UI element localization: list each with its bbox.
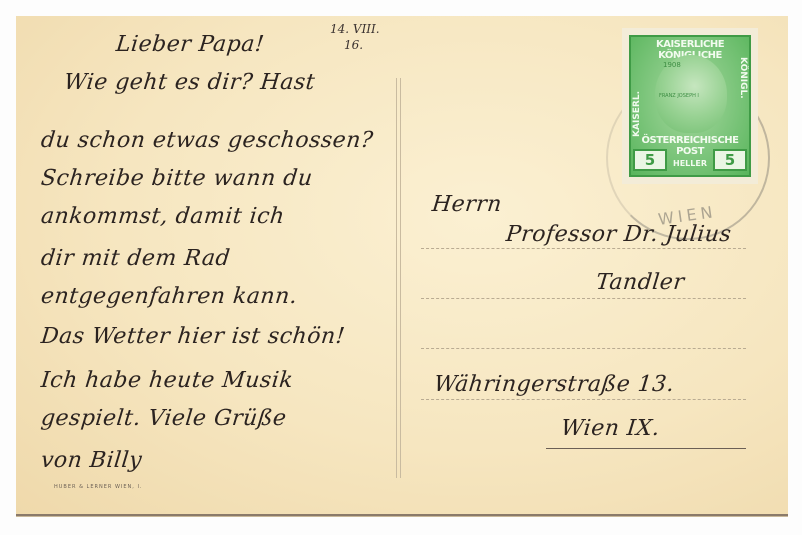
stamp-right-text: KÖNIGL. (734, 57, 748, 137)
message-line: du schon etwas geschossen? (40, 128, 375, 153)
postage-stamp: KAISERLICHE KÖNIGLICHE KAISERL. KÖNIGL. … (622, 28, 758, 184)
address-line: Währingerstraße 13. (433, 372, 676, 397)
publisher-imprint: HUBER & LERNER WIEN, I. (54, 484, 143, 490)
address-underline (546, 448, 746, 449)
stamp-value-left: 5 (633, 149, 667, 171)
message-line: ankommst, damit ich (40, 204, 286, 229)
portrait-caption: FRANZ JOSEPH I (659, 93, 699, 99)
stamp-value-right: 5 (713, 149, 747, 171)
stamp-year: 1908 (663, 61, 681, 69)
emperor-portrait: 1908 FRANZ JOSEPH I (655, 55, 727, 133)
stamp-left-text: KAISERL. (632, 57, 646, 137)
address-line: Tandler (595, 270, 686, 295)
message-line: gespielt. Viele Grüße (40, 406, 288, 431)
message-line: Ich habe heute Musik (40, 368, 295, 393)
handwritten-date: 14. VIII. 16. (330, 22, 380, 36)
stamp-currency: HELLER (669, 159, 711, 168)
message-line: Lieber Papa! (115, 32, 266, 57)
message-line: Schreibe bitte wann du (40, 166, 314, 191)
signature: von Billy (40, 448, 144, 473)
address-line: Wien IX. (560, 416, 661, 441)
message-line: entgegenfahren kann. (40, 284, 299, 309)
message-line: Das Wetter hier ist schön! (40, 324, 347, 349)
address-rule (421, 348, 746, 349)
message-line: Wie geht es dir? Hast (63, 70, 317, 95)
center-divider (396, 78, 401, 478)
address-rule (421, 298, 746, 299)
message-line: dir mit dem Rad (40, 246, 232, 271)
postcard-back: 14. VIII. 16. Lieber Papa! Wie geht es d… (16, 16, 788, 516)
address-line: Herrn (431, 192, 504, 217)
address-line: Professor Dr. Julius (505, 222, 733, 247)
date-year: 16. (344, 38, 363, 52)
address-rule (421, 248, 746, 249)
address-rule (421, 399, 746, 400)
date-day-month: 14. VIII. (330, 22, 380, 36)
stamp-face: KAISERLICHE KÖNIGLICHE KAISERL. KÖNIGL. … (629, 35, 751, 177)
